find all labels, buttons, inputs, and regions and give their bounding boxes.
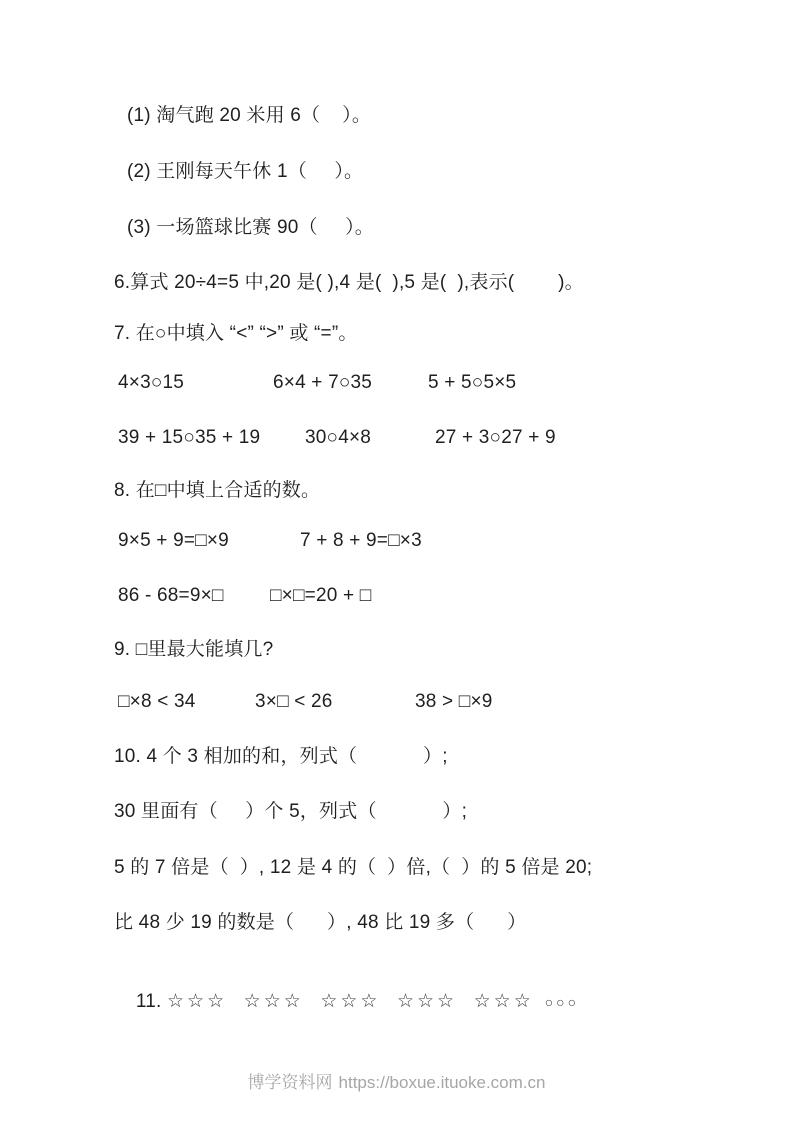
q7-row2-expression-3: 27 + 3○27 + 9 [435,426,556,450]
question-9-title: 9. □里最大能填几? [114,638,273,662]
q7-row1-expression-3: 5 + 5○5×5 [428,371,516,395]
question-11-number: 11. [136,991,167,1012]
q7-row2-expression-1: 39 + 15○35 + 19 [118,426,260,450]
q7-row2-expression-2: 30○4×8 [305,426,371,450]
worksheet-page: (1) 淘气跑 20 米用 6（ ）。 (2) 王刚每天午休 1（ ）。 (3)… [0,0,793,1122]
question-10-line-2: 30 里面有（ ）个 5，列式（ ）; [114,800,467,824]
question-10-line-4: 比 48 少 19 的数是（ ）, 48 比 19 多（ ） [114,911,526,935]
footer-url-link[interactable]: https://boxue.ituoke.com.cn [339,1073,546,1092]
q9-expression-2: 3×□ < 26 [255,690,333,714]
q8-row2-expression-1: 86 - 68=9×□ [118,584,224,608]
q7-row1-expression-1: 4×3○15 [118,371,184,395]
star-icons: ☆☆☆ ☆☆☆ ☆☆☆ ☆☆☆ ☆☆☆ [167,991,534,1012]
sub-question-3: (3) 一场篮球比赛 90（ ）。 [127,216,374,240]
question-8-title: 8. 在□中填上合适的数。 [114,479,320,503]
q8-row2-expression-2: □×□=20 + □ [270,584,371,608]
page-footer: 博学资料网https://boxue.ituoke.com.cn [0,1068,793,1093]
q7-row1-expression-2: 6×4 + 7○35 [273,371,372,395]
question-7-title: 7. 在○中填入 “<” “>” 或 “=”。 [114,322,358,346]
question-10-line-3: 5 的 7 倍是（ ）, 12 是 4 的（ ）倍,（ ）的 5 倍是 20; [114,856,592,880]
question-10-line-1: 10. 4 个 3 相加的和，列式（ ）; [114,745,448,769]
q9-expression-3: 38 > □×9 [415,690,493,714]
question-6: 6.算式 20÷4=5 中,20 是( ),4 是( ),5 是( ),表示( … [114,271,584,295]
q9-expression-1: □×8 < 34 [118,690,196,714]
question-11: 11. ☆☆☆ ☆☆☆ ☆☆☆ ☆☆☆ ☆☆☆ ○○○ [114,966,579,1038]
circle-icons: ○○○ [545,994,579,1010]
sub-question-2: (2) 王刚每天午休 1（ ）。 [127,160,363,184]
sub-question-1: (1) 淘气跑 20 米用 6（ ）。 [127,104,371,128]
footer-site-name: 博学资料网 [248,1073,333,1092]
q8-row1-expression-1: 9×5 + 9=□×9 [118,529,229,553]
q8-row1-expression-2: 7 + 8 + 9=□×3 [300,529,422,553]
